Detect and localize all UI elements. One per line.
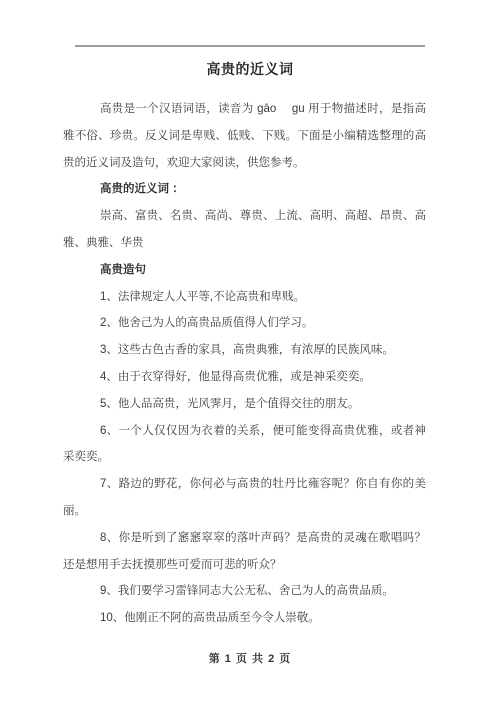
sentence-item-7: 7、路边的野花，你何必与高贵的牡丹比雍容呢？你自有你的美丽。 xyxy=(63,471,426,525)
document-body: 高贵是一个汉语词语，读音为 gāo gu 用于物描述时，是指高雅不俗、珍贵。反义… xyxy=(0,96,500,632)
top-divider xyxy=(75,45,425,47)
page-title: 高贵的近义词 xyxy=(0,61,500,78)
sentence-item-2: 2、他舍己为人的高贵品质值得人们学习。 xyxy=(63,310,426,337)
sentence-item-4: 4、由于衣穿得好，他显得高贵优雅，或是神采奕奕。 xyxy=(63,364,426,391)
sentence-item-3: 3、这些古色古香的家具，高贵典雅，有浓厚的民族风味。 xyxy=(63,337,426,364)
sentences-heading: 高贵造句 xyxy=(63,257,426,284)
sentence-item-10: 10、他刚正不阿的高贵品质至今令人崇敬。 xyxy=(63,605,426,632)
sentence-item-5: 5、他人品高贵，光风霁月，是个值得交往的朋友。 xyxy=(63,391,426,418)
page-number: 第 1 页 共 2 页 xyxy=(0,650,500,666)
document-page: 高贵的近义词 高贵是一个汉语词语，读音为 gāo gu 用于物描述时，是指高雅不… xyxy=(0,0,500,707)
sentence-item-1: 1、法律规定人人平等,不论高贵和卑贱。 xyxy=(63,284,426,311)
sentence-item-6: 6、一个人仅仅因为衣着的关系，便可能变得高贵优雅，或者神采奕奕。 xyxy=(63,418,426,472)
sentence-item-8: 8、你是听到了窸窸窣窣的落叶声码？是高贵的灵魂在歌唱吗？还是想用手去抚摸那些可爱… xyxy=(63,525,426,579)
intro-paragraph: 高贵是一个汉语词语，读音为 gāo gu 用于物描述时，是指高雅不俗、珍贵。反义… xyxy=(63,96,426,176)
synonyms-list: 崇高、富贵、名贵、高尚、尊贵、上流、高明、高超、昂贵、高雅、典雅、华贵 xyxy=(63,203,426,257)
synonyms-heading: 高贵的近义词 ： xyxy=(63,176,426,203)
sentence-item-9: 9、我们要学习雷锋同志大公无私、舍己为人的高贵品质。 xyxy=(63,578,426,605)
